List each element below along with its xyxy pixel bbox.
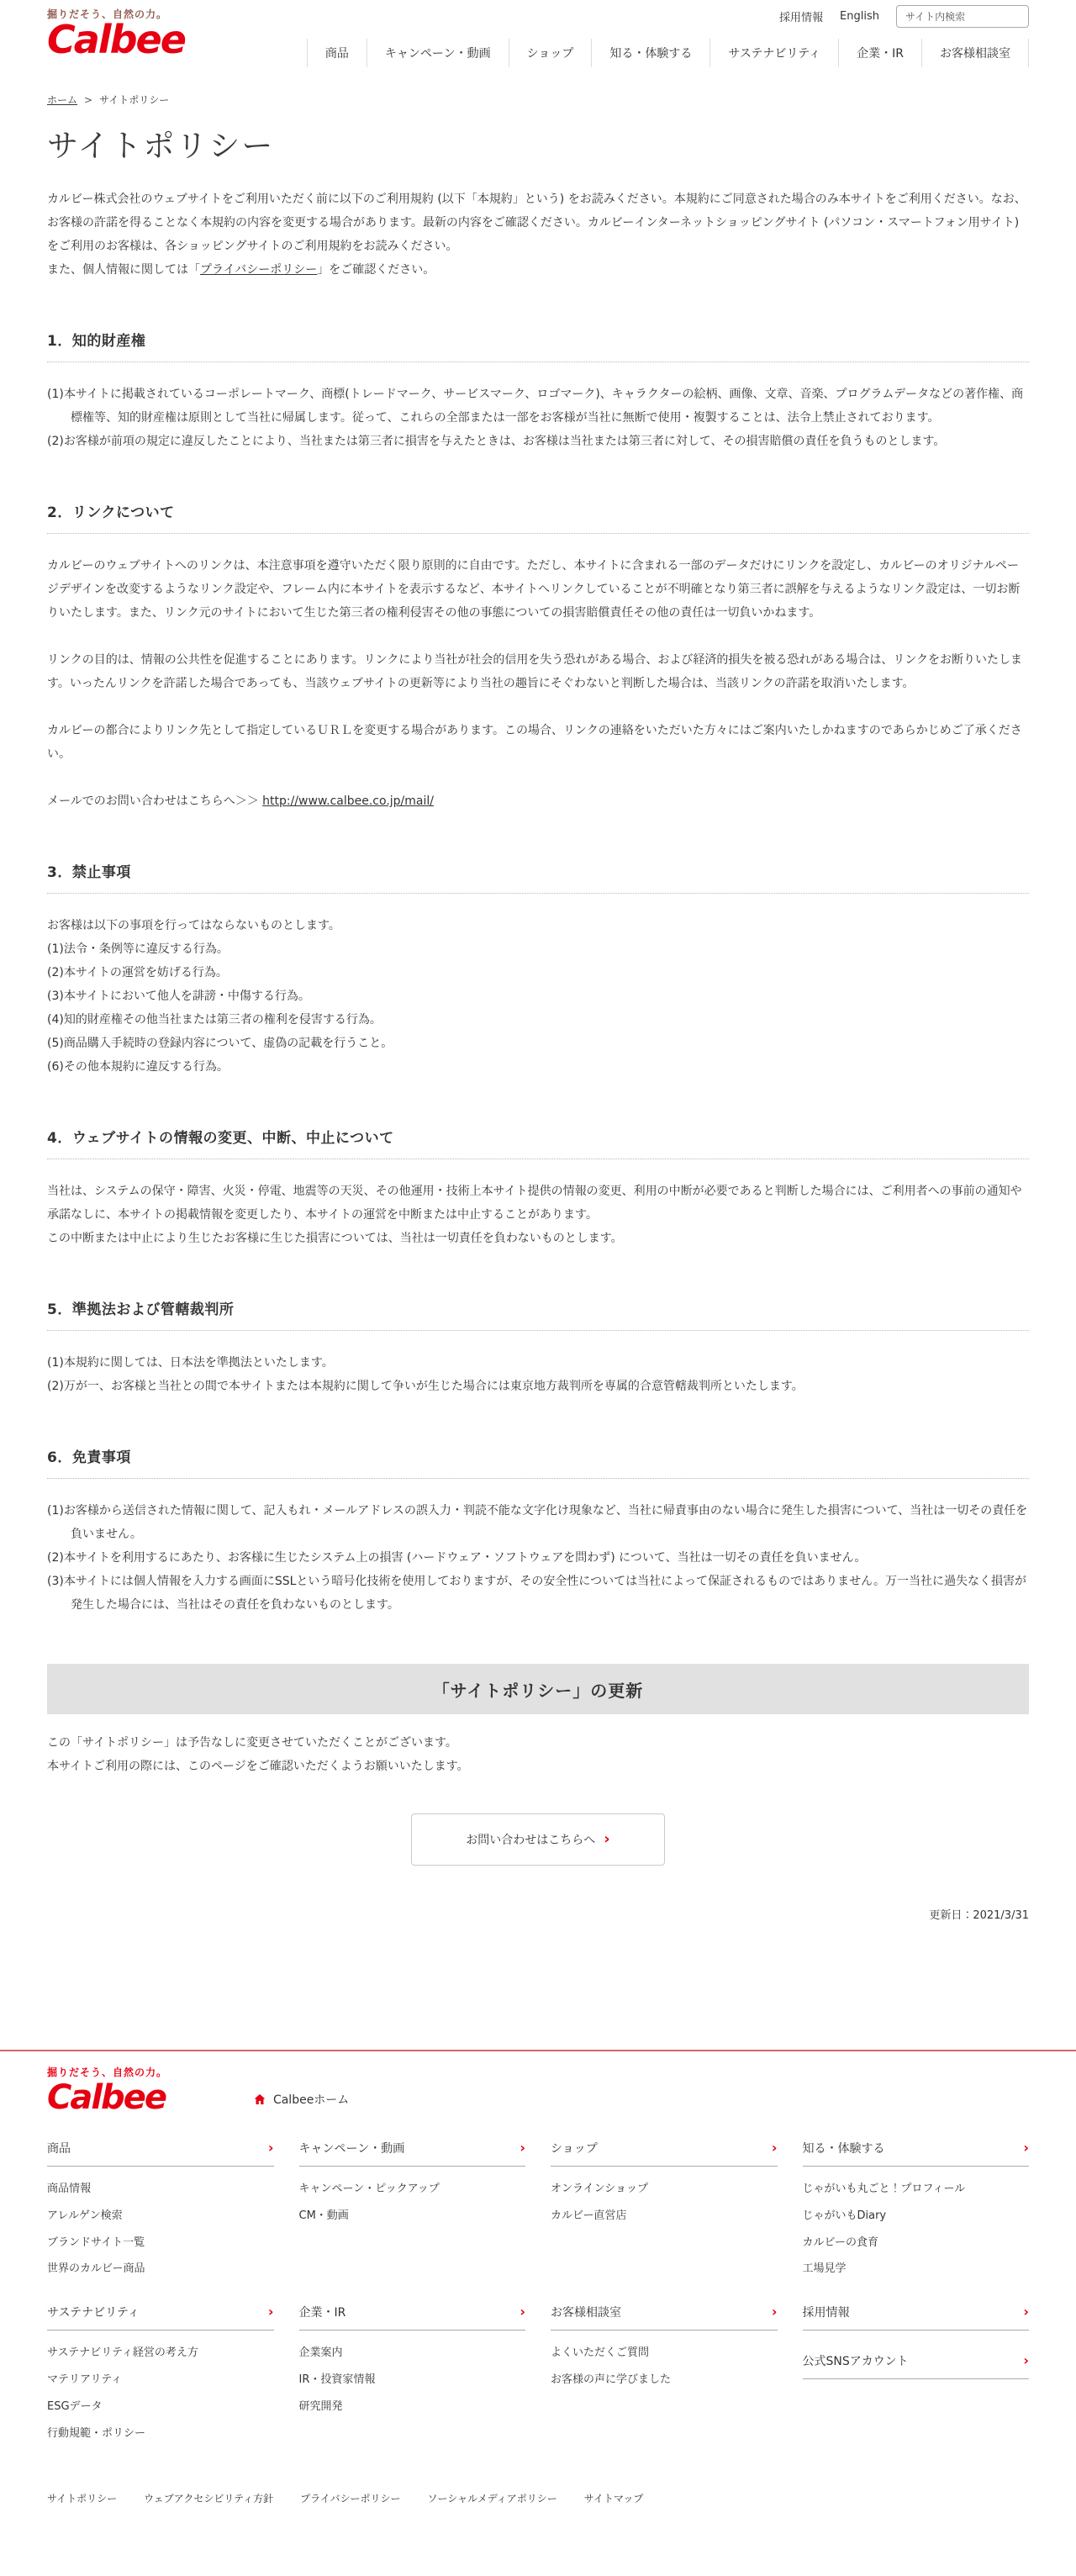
footer-link-item: 研究開発: [299, 2389, 526, 2416]
chevron-right-icon: ›: [268, 2141, 274, 2155]
section-text: (3)本サイトにおいて他人を誹謗・中傷する行為。: [47, 984, 1029, 1008]
footer-bottom-link-4[interactable]: サイトマップ: [584, 2491, 644, 2505]
footer-group-title[interactable]: ショップ›: [551, 2140, 778, 2167]
footer-link[interactable]: じゃがいも丸ごと！プロフィール: [803, 2183, 966, 2195]
footer-link[interactable]: CM・動画: [299, 2209, 349, 2222]
footer-group-label: 公式SNSアカウント: [803, 2352, 909, 2369]
footer-link-item: キャンペーン・ピックアップ: [299, 2172, 526, 2199]
footer-group: 企業・IR›企業案内IR・投資家情報研究開発: [299, 2304, 526, 2415]
section-heading: 3．禁止事項: [47, 860, 1029, 894]
footer-link-item: カルビーの食育: [803, 2225, 1030, 2252]
footer-group-label: 商品: [47, 2140, 71, 2156]
contact-button[interactable]: お問い合わせはこちらへ ›: [411, 1813, 665, 1866]
footer-link-item: IR・投資家情報: [299, 2362, 526, 2389]
site-header: 掘りだそう、自然の力。 Calbee 採用情報 English 商品キャンペーン…: [0, 0, 1076, 77]
calbee-logo[interactable]: Calbee: [47, 20, 185, 59]
footer-link[interactable]: オンラインショップ: [551, 2183, 648, 2195]
footer-group-items: キャンペーン・ピックアップCM・動画: [299, 2172, 526, 2225]
footer-link[interactable]: キャンペーン・ピックアップ: [299, 2183, 440, 2195]
calbee-home-link[interactable]: Calbeeホーム: [253, 2091, 349, 2108]
breadcrumb-current: サイトポリシー: [99, 94, 169, 106]
section-text: 当社は、システムの保守・障害、火災・停電、地震等の天災、その他運用・技術上本サイ…: [47, 1180, 1029, 1227]
footer-group-label: 採用情報: [803, 2304, 850, 2320]
intro-text: カルビー株式会社のウェブサイトをご利用いただく前に以下のご利用規約 (以下「本規…: [47, 187, 1029, 282]
nav-item-0[interactable]: 商品: [307, 39, 367, 67]
section-text: (2)本サイトの運営を妨げる行為。: [47, 961, 1029, 984]
footer-cell-5: 企業・IR›企業案内IR・投資家情報研究開発: [299, 2304, 526, 2442]
footer-group-items: 企業案内IR・投資家情報研究開発: [299, 2336, 526, 2415]
footer-group: お客様相談室›よくいただくご質問お客様の声に学びました: [551, 2304, 778, 2389]
policy-section-4: 4．ウェブサイトの情報の変更、中断、中止について当社は、システムの保守・障害、火…: [47, 1126, 1029, 1250]
footer-group-items: オンラインショップカルビー直営店: [551, 2172, 778, 2225]
footer-link[interactable]: 商品情報: [47, 2183, 91, 2195]
update-banner: 「サイトポリシー」の更新: [47, 1664, 1029, 1714]
footer-bottom-link-3[interactable]: ソーシャルメディアポリシー: [428, 2491, 557, 2505]
footer-link-item: じゃがいも丸ごと！プロフィール: [803, 2172, 1030, 2199]
footer-cell-7: 採用情報›公式SNSアカウント›: [803, 2304, 1030, 2442]
footer-bottom-link-1[interactable]: ウェブアクセシビリティ方針: [144, 2491, 273, 2505]
nav-item-5[interactable]: 企業・IR: [838, 39, 921, 67]
footer-link-item: アレルゲン検索: [47, 2199, 274, 2225]
footer-group-title[interactable]: 公式SNSアカウント›: [803, 2352, 1030, 2379]
footer-link-item: マテリアリティ: [47, 2362, 274, 2389]
footer-bottom-link-2[interactable]: プライバシーポリシー: [300, 2491, 400, 2505]
footer-group-items: 商品情報アレルゲン検索ブランドサイト一覧世界のカルビー商品: [47, 2172, 274, 2278]
section-text: (4)知的財産権その他当社または第三者の権利を侵害する行為。: [47, 1008, 1029, 1032]
intro-paragraph-2: また、個人情報に関しては「プライバシーポリシー」をご確認ください。: [47, 258, 1029, 282]
footer-link-item: 商品情報: [47, 2172, 274, 2199]
footer-link[interactable]: よくいただくご質問: [551, 2346, 649, 2359]
section-text: リンクの目的は、情報の公共性を促進することにあります。リンクにより当社が社会的信…: [47, 648, 1029, 695]
section-heading: 5．準拠法および管轄裁判所: [47, 1297, 1029, 1331]
footer-cell-4: サステナビリティ›サステナビリティ経営の考え方マテリアリティESGデータ行動規範…: [47, 2304, 274, 2442]
main-content: ホーム>サイトポリシー サイトポリシー カルビー株式会社のウェブサイトをご利用い…: [47, 92, 1029, 1922]
footer-link[interactable]: アレルゲン検索: [47, 2209, 123, 2222]
footer-group-title[interactable]: お客様相談室›: [551, 2304, 778, 2331]
section-text: (6)その他本規約に違反する行為。: [47, 1055, 1029, 1079]
section-text: カルビーの都合によりリンク先として指定しているＵＲＬを変更する場合があります。こ…: [47, 719, 1029, 766]
footer-group-label: キャンペーン・動画: [299, 2140, 405, 2156]
page-title: サイトポリシー: [47, 120, 1029, 166]
footer-link-item: カルビー直営店: [551, 2199, 778, 2225]
site-search: [896, 5, 1029, 28]
chevron-right-icon: ›: [1023, 2141, 1029, 2155]
footer-cell-3: 知る・体験する›じゃがいも丸ごと！プロフィールじゃがいもDiaryカルビーの食育…: [803, 2140, 1030, 2278]
footer-link[interactable]: マテリアリティ: [47, 2373, 122, 2386]
footer-link[interactable]: サステナビリティ経営の考え方: [47, 2346, 198, 2359]
nav-item-1[interactable]: キャンペーン・動画: [367, 39, 509, 67]
policy-section-2: 2．リンクについてカルビーのウェブサイトへのリンクは、本注意事項を遵守いただく限…: [47, 500, 1029, 813]
section-heading: 6．免責事項: [47, 1445, 1029, 1479]
section-text: (5)商品購入手続時の登録内容について、虚偽の記載を行うこと。: [47, 1032, 1029, 1055]
section-text: (1)法令・条例等に違反する行為。: [47, 937, 1029, 961]
footer-link-item: お客様の声に学びました: [551, 2362, 778, 2389]
footer-link-item: サステナビリティ経営の考え方: [47, 2336, 274, 2362]
breadcrumb-home-link[interactable]: ホーム: [47, 94, 77, 106]
footer-calbee-logo[interactable]: Calbee: [47, 2081, 166, 2114]
footer-group: 知る・体験する›じゃがいも丸ごと！プロフィールじゃがいもDiaryカルビーの食育…: [803, 2140, 1030, 2278]
footer-bottom-link-0[interactable]: サイトポリシー: [47, 2491, 117, 2505]
calbee-home-label: Calbeeホーム: [273, 2091, 349, 2108]
footer-group: サステナビリティ›サステナビリティ経営の考え方マテリアリティESGデータ行動規範…: [47, 2304, 274, 2442]
footer-group-title[interactable]: キャンペーン・動画›: [299, 2140, 526, 2167]
footer-group: 採用情報›: [803, 2304, 1030, 2331]
footer-link-item: 行動規範・ポリシー: [47, 2416, 274, 2443]
chevron-right-icon: ›: [1023, 2305, 1029, 2319]
footer-group-label: 企業・IR: [299, 2304, 346, 2320]
intro-p2-before: また、個人情報に関しては「: [47, 263, 200, 277]
footer-link-item: 企業案内: [299, 2336, 526, 2362]
footer-group: キャンペーン・動画›キャンペーン・ピックアップCM・動画: [299, 2140, 526, 2225]
home-icon: [253, 2093, 266, 2106]
chevron-right-icon: ›: [268, 2305, 274, 2319]
section-text: カルビーのウェブサイトへのリンクは、本注意事項を遵守いただく限り原則的に自由です…: [47, 554, 1029, 625]
chevron-right-icon: ›: [772, 2305, 778, 2319]
sections: 1．知的財産権(1)本サイトに掲載されているコーポレートマーク、商標(トレードマ…: [47, 329, 1029, 1617]
nav-item-4[interactable]: サステナビリティ: [709, 39, 838, 67]
footer-link-item: オンラインショップ: [551, 2172, 778, 2199]
footer-link[interactable]: 行動規範・ポリシー: [47, 2427, 145, 2440]
footer-group-title[interactable]: 商品›: [47, 2140, 274, 2167]
chevron-right-icon: ›: [1023, 2354, 1029, 2367]
policy-section-5: 5．準拠法および管轄裁判所(1)本規約に関しては、日本法を準拠法といたします。(…: [47, 1297, 1029, 1398]
footer-link[interactable]: 企業案内: [299, 2346, 343, 2359]
chevron-right-icon: ›: [520, 2141, 525, 2155]
footer-link[interactable]: じゃがいもDiary: [803, 2209, 887, 2222]
section-heading: 4．ウェブサイトの情報の変更、中断、中止について: [47, 1126, 1029, 1159]
mail-text: メールでのお問い合わせはこちらへ＞＞: [47, 794, 262, 808]
recruit-link[interactable]: 採用情報: [779, 8, 823, 24]
breadcrumb: ホーム>サイトポリシー: [47, 92, 1029, 107]
footer-group-title[interactable]: 採用情報›: [803, 2304, 1030, 2331]
footer-group-items: サステナビリティ経営の考え方マテリアリティESGデータ行動規範・ポリシー: [47, 2336, 274, 2442]
section-heading: 1．知的財産権: [47, 329, 1029, 362]
footer-link-item: よくいただくご質問: [551, 2336, 778, 2362]
footer-link[interactable]: カルビーの食育: [803, 2236, 878, 2249]
privacy-policy-link[interactable]: プライバシーポリシー: [200, 263, 317, 277]
nav-item-2[interactable]: ショップ: [509, 39, 592, 67]
chevron-right-icon: ›: [520, 2305, 525, 2319]
nav-item-6[interactable]: お客様相談室: [921, 39, 1029, 67]
updated-date: 更新日：2021/3/31: [47, 1906, 1029, 1922]
footer-group-label: ショップ: [551, 2140, 598, 2156]
footer-link-item: ブランドサイト一覧: [47, 2225, 274, 2252]
section-text: お客様は以下の事項を行ってはならないものとします。: [47, 914, 1029, 937]
footer-link-item: 工場見学: [803, 2251, 1030, 2278]
nav-item-3[interactable]: 知る・体験する: [591, 39, 709, 67]
section-text: (2)本サイトを利用するにあたり、お客様に生じたシステム上の損害 (ハードウェア…: [47, 1546, 1029, 1570]
footer-cell-1: キャンペーン・動画›キャンペーン・ピックアップCM・動画: [299, 2140, 526, 2278]
section-text: メールでのお問い合わせはこちらへ＞＞ http://www.calbee.co.…: [47, 789, 1029, 813]
footer-brand-tagline: 掘りだそう、自然の力。: [47, 2065, 1029, 2079]
footer-cell-6: お客様相談室›よくいただくご質問お客様の声に学びました: [551, 2304, 778, 2442]
footer-link[interactable]: ESGデータ: [47, 2400, 103, 2413]
chevron-right-icon: ›: [772, 2141, 778, 2155]
main-nav: 商品キャンペーン・動画ショップ知る・体験するサステナビリティ企業・IRお客様相談…: [307, 39, 1029, 67]
footer-group-title[interactable]: 企業・IR›: [299, 2304, 526, 2331]
footer-cell-0: 商品›商品情報アレルゲン検索ブランドサイト一覧世界のカルビー商品: [47, 2140, 274, 2278]
footer-group-title[interactable]: サステナビリティ›: [47, 2304, 274, 2331]
footer-group-label: 知る・体験する: [803, 2140, 885, 2156]
chevron-right-icon: ›: [604, 1832, 609, 1847]
footer-link[interactable]: 研究開発: [299, 2400, 343, 2413]
section-heading: 2．リンクについて: [47, 500, 1029, 534]
footer-link-grid: 商品›商品情報アレルゲン検索ブランドサイト一覧世界のカルビー商品キャンペーン・動…: [47, 2140, 1029, 2442]
section-text: この中断または中止により生じたお客様に生じた損害については、当社は一切責任を負わ…: [47, 1227, 1029, 1250]
policy-section-1: 1．知的財産権(1)本サイトに掲載されているコーポレートマーク、商標(トレードマ…: [47, 329, 1029, 453]
footer-link[interactable]: ブランドサイト一覧: [47, 2236, 145, 2249]
footer-link[interactable]: 世界のカルビー商品: [47, 2262, 145, 2275]
policy-section-3: 3．禁止事項お客様は以下の事項を行ってはならないものとします。(1)法令・条例等…: [47, 860, 1029, 1079]
intro-p2-after: 」をご確認ください。: [317, 263, 435, 277]
section-text: (1)お客様から送信された情報に関して、記入もれ・メールアドレスの誤入力・判読不…: [47, 1499, 1029, 1546]
footer-link[interactable]: お客様の声に学びました: [551, 2373, 671, 2386]
footer-bottom-links: サイトポリシーウェブアクセシビリティ方針プライバシーポリシーソーシャルメディアポ…: [47, 2491, 1029, 2505]
english-link[interactable]: English: [840, 10, 879, 23]
intro-paragraph-1: カルビー株式会社のウェブサイトをご利用いただく前に以下のご利用規約 (以下「本規…: [47, 187, 1029, 258]
utility-bar: 採用情報 English: [779, 5, 1029, 28]
mail-url-link[interactable]: http://www.calbee.co.jp/mail/: [262, 794, 434, 808]
update-line-1: この「サイトポリシー」は予告なしに変更させていただくことがございます。: [47, 1731, 1029, 1755]
section-text: (2)お客様が前項の規定に違反したことにより、当社または第三者に損害を与えたとき…: [47, 430, 1029, 453]
update-text: この「サイトポリシー」は予告なしに変更させていただくことがございます。 本サイト…: [47, 1731, 1029, 1778]
footer-link-item: じゃがいもDiary: [803, 2199, 1030, 2225]
footer-group: 商品›商品情報アレルゲン検索ブランドサイト一覧世界のカルビー商品: [47, 2140, 274, 2278]
footer-group: ショップ›オンラインショップカルビー直営店: [551, 2140, 778, 2225]
breadcrumb-separator: >: [84, 94, 92, 106]
contact-button-label: お問い合わせはこちらへ: [466, 1831, 595, 1848]
site-footer: 掘りだそう、自然の力。 Calbee Calbeeホーム 商品›商品情報アレルゲ…: [0, 2050, 1076, 2576]
footer-link[interactable]: IR・投資家情報: [299, 2373, 376, 2386]
footer-link-item: 世界のカルビー商品: [47, 2251, 274, 2278]
footer-group-label: サステナビリティ: [47, 2304, 140, 2320]
section-text: (1)本規約に関しては、日本法を準拠法といたします。: [47, 1351, 1029, 1375]
footer-group-items: よくいただくご質問お客様の声に学びました: [551, 2336, 778, 2389]
footer-group: 公式SNSアカウント›: [803, 2352, 1030, 2379]
update-line-2: 本サイトご利用の際には、このページをご確認いただくようお願いいたします。: [47, 1755, 1029, 1778]
footer-link-item: ESGデータ: [47, 2389, 274, 2416]
footer-group-items: じゃがいも丸ごと！プロフィールじゃがいもDiaryカルビーの食育工場見学: [803, 2172, 1030, 2278]
footer-group-title[interactable]: 知る・体験する›: [803, 2140, 1030, 2167]
section-text: (2)万が一、お客様と当社との間で本サイトまたは本規約に関して争いが生じた場合に…: [47, 1375, 1029, 1398]
footer-link-item: CM・動画: [299, 2199, 526, 2225]
policy-section-6: 6．免責事項(1)お客様から送信された情報に関して、記入もれ・メールアドレスの誤…: [47, 1445, 1029, 1617]
footer-group-label: お客様相談室: [551, 2304, 621, 2320]
footer-link[interactable]: 工場見学: [803, 2262, 847, 2275]
section-text: (1)本サイトに掲載されているコーポレートマーク、商標(トレードマーク、サービス…: [47, 383, 1029, 430]
footer-link[interactable]: カルビー直営店: [551, 2209, 626, 2222]
footer-cell-2: ショップ›オンラインショップカルビー直営店: [551, 2140, 778, 2278]
section-text: (3)本サイトには個人情報を入力する画面にSSLという暗号化技術を使用しておりま…: [47, 1570, 1029, 1617]
search-input[interactable]: [896, 5, 1029, 28]
